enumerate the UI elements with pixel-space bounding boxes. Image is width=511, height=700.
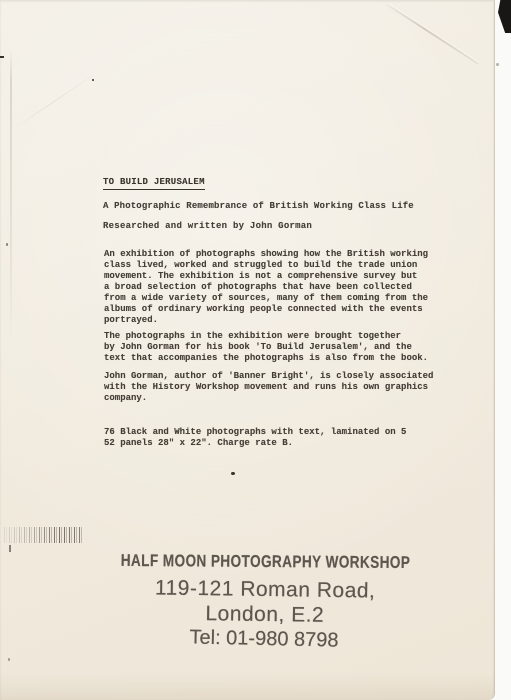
diagonal-crease-top-right: [387, 4, 480, 65]
stamp-phone: Tel: 01-980 8798: [190, 625, 340, 653]
paper-speck: [92, 79, 94, 81]
document-title-text: TO BUILD JERUSALEM: [103, 177, 205, 190]
document-title: TO BUILD JERUSALEM: [103, 177, 205, 190]
document-byline: Researched and written by John Gorman: [103, 221, 312, 232]
vertical-crease: [10, 48, 12, 344]
stamp-address: 119-121 Roman Road,: [155, 575, 376, 603]
paragraph-specifications: 76 Black and White photographs with text…: [104, 427, 406, 449]
document-subtitle: A Photographic Remembrance of British Wo…: [103, 201, 414, 212]
stamp-organization-name: HALF MOON PHOTOGRAPHY WORKSHOP: [121, 551, 411, 573]
paper-speck: [0, 56, 4, 58]
paper-sheet: TO BUILD JERUSALEM A Photographic Rememb…: [0, 0, 495, 700]
ink-smudge: [4, 527, 82, 543]
paper-speck: [496, 63, 499, 66]
ink-smudge-tail: [9, 545, 11, 552]
stamp-city: London, E.2: [205, 601, 324, 628]
paragraph-book-source: The photographs in the exhibition were b…: [104, 331, 428, 364]
diagonal-crease-top-left: [14, 74, 94, 129]
paper-speck: [6, 243, 8, 246]
rubber-stamp: HALF MOON PHOTOGRAPHY WORKSHOP 119-121 R…: [119, 550, 410, 654]
paper-speck: [8, 658, 10, 661]
scanner-corner-shadow: [498, 0, 511, 33]
paragraph-author-bio: John Gorman, author of 'Banner Bright', …: [104, 371, 433, 404]
paragraph-exhibition-description: An exhibition of photographs showing how…: [104, 249, 428, 326]
paper-speck: [231, 472, 235, 475]
